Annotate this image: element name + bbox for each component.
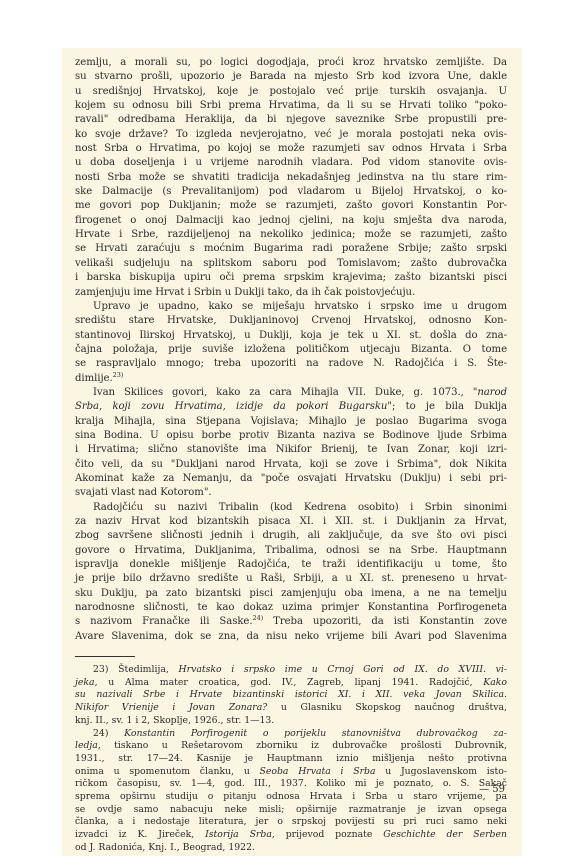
footnote-line: 23) Štedimlija, Hrvatsko i srpsko ime u … xyxy=(75,664,507,677)
quote-span: "narod xyxy=(473,387,507,398)
text-line: govore o Hrvatima, Dukljanima, Tribalima… xyxy=(75,544,507,558)
text-line: zemlju, a morali su, po logici dogodjaja… xyxy=(75,56,507,70)
text-line: ske Dalmacije (s Prevalitanijom) pod vla… xyxy=(75,185,507,199)
paragraph-4: Radojčiću su nazivi Tribalin (kod Kedren… xyxy=(75,501,507,644)
text-line: stantinovoj Ilirskoj Hrvatskoj, u Duklji… xyxy=(75,329,507,343)
title-span: Hrvatsko i srpsko ime u Crnoj Gori od IX… xyxy=(179,664,507,675)
page-text: zemlju, a morali su, po logici dogodjaja… xyxy=(75,56,507,854)
text-line: u doba doseljenja i u vrijeme narodnih v… xyxy=(75,156,507,170)
footnote-line: ričkom časopisu, sv. 1—4, god. III., 193… xyxy=(75,778,507,791)
text-line: središtu stare Hrvatske, Dukljaninovoj C… xyxy=(75,314,507,328)
footnote-line: jeka, u Alma mater croatica, god. IV., Z… xyxy=(75,677,507,690)
footnote-ref-23[interactable]: 23) xyxy=(113,371,124,379)
text-line: za naziv Hrvat kod bizantskih pisaca XI.… xyxy=(75,515,507,529)
footnote-line: Nikifor Vrienije i Jovan Zonara? u Glasn… xyxy=(75,702,507,715)
text-line: Ivan Skilices govori, kako za cara Mihaj… xyxy=(75,386,507,400)
text-line: nost Srba o Hrvatima, po kojoj se može r… xyxy=(75,142,507,156)
footnote-line: su nazivali Srbe i Hrvate bizantinski is… xyxy=(75,689,507,702)
title-span: Kako xyxy=(483,677,507,688)
text-span: izvadci iz K. Jireček, xyxy=(75,829,205,840)
text-line: Srba, koji zovu Hrvatima, izidje da poko… xyxy=(75,400,507,414)
title-span: Nikifor Vrienije i Jovan Zonara? xyxy=(75,702,267,713)
text-line: svajati vlast nad Kotorom". xyxy=(75,486,507,500)
text-span: Treba upozoriti, da isti Konstantin zove xyxy=(263,616,507,627)
footnote-line: 1931., str. 17—24. Kasnije je Hauptmann … xyxy=(75,753,507,766)
footnote-line: 24) Konstantin Porfirogenit o porijeklu … xyxy=(75,728,507,741)
text-line: Upravo je upadno, kako se miješaju hrvat… xyxy=(75,300,507,314)
text-line: nosti Srba može se shvatiti tradicija ne… xyxy=(75,171,507,185)
text-line: ispravlja donekle mišljenje Radojčića, t… xyxy=(75,558,507,572)
text-line: je prije bilo državno središte u Raši, S… xyxy=(75,572,507,586)
text-span: Štedimlija, xyxy=(108,664,178,675)
title-span: Istorija Srba xyxy=(205,829,272,840)
text-line: kralja Mihajla, sina Stjepana Vojislava;… xyxy=(75,415,507,429)
text-span: , prijevod poznate xyxy=(272,829,383,840)
text-span: , tiskano u Rešetarovom zborniku iz dubr… xyxy=(98,740,507,751)
text-line: me govori pop Dukljanin; može se razumje… xyxy=(75,199,507,213)
text-span: onima u spomenutom članku, u xyxy=(75,766,260,777)
footnote-line: izvadci iz K. Jireček, Istorija Srba, pr… xyxy=(75,829,507,842)
text-span: u Glasniku Skopskog naučnog društva, xyxy=(267,702,507,713)
text-span: , u Alma mater croatica, god. IV., Zagre… xyxy=(95,677,484,688)
text-line: zbog savršene sličnosti jednih i drugih,… xyxy=(75,529,507,543)
text-line: u središnjoj Hrvatskoj, koje je postojal… xyxy=(75,85,507,99)
footnote-divider xyxy=(75,656,135,657)
book-page: zemlju, a morali su, po logici dogodjaja… xyxy=(62,48,522,856)
footnote-line: onima u spomenutom članku, u Seoba Hrvat… xyxy=(75,766,507,779)
footnote-ref-24[interactable]: 24) xyxy=(253,614,264,622)
text-line: su stvarno prošli, upozorio je Barada na… xyxy=(75,70,507,84)
footnote-line: se ovdje samo nabacuju neke misli; opšir… xyxy=(75,804,507,817)
text-line: Avare Slavenima, dok se zna, da nisu nek… xyxy=(75,630,507,644)
title-span: Geschichte der Serben xyxy=(383,829,507,840)
title-span: Seoba Hrvata i Srba xyxy=(260,766,376,777)
text-line: i barska biskupija upiru oči prema srpsk… xyxy=(75,271,507,285)
text-line: kojem su odnosu bili Srbi prema Hrvatima… xyxy=(75,99,507,113)
text-line: zamjenjuju ime Hrvat i Srbin u Duklji ta… xyxy=(75,286,507,300)
text-line: sku Duklju, pa zato bizantski pisci zamj… xyxy=(75,587,507,601)
footnote-line: sprema opširnu studiju o pitanju odnosa … xyxy=(75,791,507,804)
title-span: Konstantin Porfirogenit o porijeklu stan… xyxy=(108,728,507,739)
text-line: čajna položaja, prije suviše izložena po… xyxy=(75,343,507,357)
title-span: jeka xyxy=(75,677,95,688)
paragraph-1: zemlju, a morali su, po logici dogodjaja… xyxy=(75,56,507,300)
text-line: se raspravljalo mnogo; treba upozoriti n… xyxy=(75,357,507,371)
text-span: dimlije. xyxy=(75,373,113,384)
footnote-line: ledja, tiskano u Rešetarovom zborniku iz… xyxy=(75,740,507,753)
footnote-marker: 24) xyxy=(93,728,108,739)
text-span: u Jugoslavenskom isto- xyxy=(376,766,507,777)
text-line: čito veli, da su "Dukljani narod Hrvata,… xyxy=(75,458,507,472)
paragraph-3: Ivan Skilices govori, kako za cara Mihaj… xyxy=(75,386,507,501)
footnote-line: članka, a i nedostaje literatura, jer o … xyxy=(75,816,507,829)
text-line: i Hrvatima; slično stanovište ima Nikifo… xyxy=(75,443,507,457)
text-line: se Hrvati zaraćuju s moćnim Bugarima rad… xyxy=(75,242,507,256)
text-line: s nazivom Franačke ili Saske.24) Treba u… xyxy=(75,615,507,629)
page-number: — 59 xyxy=(479,784,505,795)
text-line: dimlije.23) xyxy=(75,372,507,386)
text-span: Ivan Skilices govori, kako za cara Mihaj… xyxy=(93,387,473,398)
footnote-line: knj. II., sv. 1 i 2, Skoplje, 1926., str… xyxy=(75,715,507,728)
text-span: s nazivom Franačke ili Saske. xyxy=(75,616,253,627)
text-line: velikaši sudjeluju na splitskom saboru p… xyxy=(75,257,507,271)
text-line: ravali" odredbama Heraklija, da bi njego… xyxy=(75,113,507,127)
text-line: Radojčiću su nazivi Tribalin (kod Kedren… xyxy=(75,501,507,515)
text-line: narodnosne sličnosti, te kao dokaz uzima… xyxy=(75,601,507,615)
text-line: Akominat kaže za Nemanju, da "poče osvaj… xyxy=(75,472,507,486)
title-span: ledja xyxy=(75,740,98,751)
text-line: sina Bodina. U opisu borbe protiv Bizant… xyxy=(75,429,507,443)
title-span: su nazivali Srbe i Hrvate bizantinski is… xyxy=(75,689,507,700)
quote-span: Srba, koji zovu Hrvatima, izidje da poko… xyxy=(75,401,392,412)
footnote-line: od J. Radonića, Knj. I., Beograd, 1922. xyxy=(75,842,507,855)
text-line: Hrvate i Srbe, razdijeljenoj na nekoliko… xyxy=(75,228,507,242)
footnote-23: 23) Štedimlija, Hrvatsko i srpsko ime u … xyxy=(75,664,507,727)
footnote-24: 24) Konstantin Porfirogenit o porijeklu … xyxy=(75,728,507,855)
text-line: ko svoje države? To izgleda nevjerojatno… xyxy=(75,128,507,142)
text-line: firogenet o onoj Dalmaciji kao jednoj cj… xyxy=(75,214,507,228)
paragraph-2: Upravo je upadno, kako se miješaju hrvat… xyxy=(75,300,507,386)
footnote-marker: 23) xyxy=(93,664,108,675)
text-span: ; to je bila Duklja xyxy=(392,401,507,412)
